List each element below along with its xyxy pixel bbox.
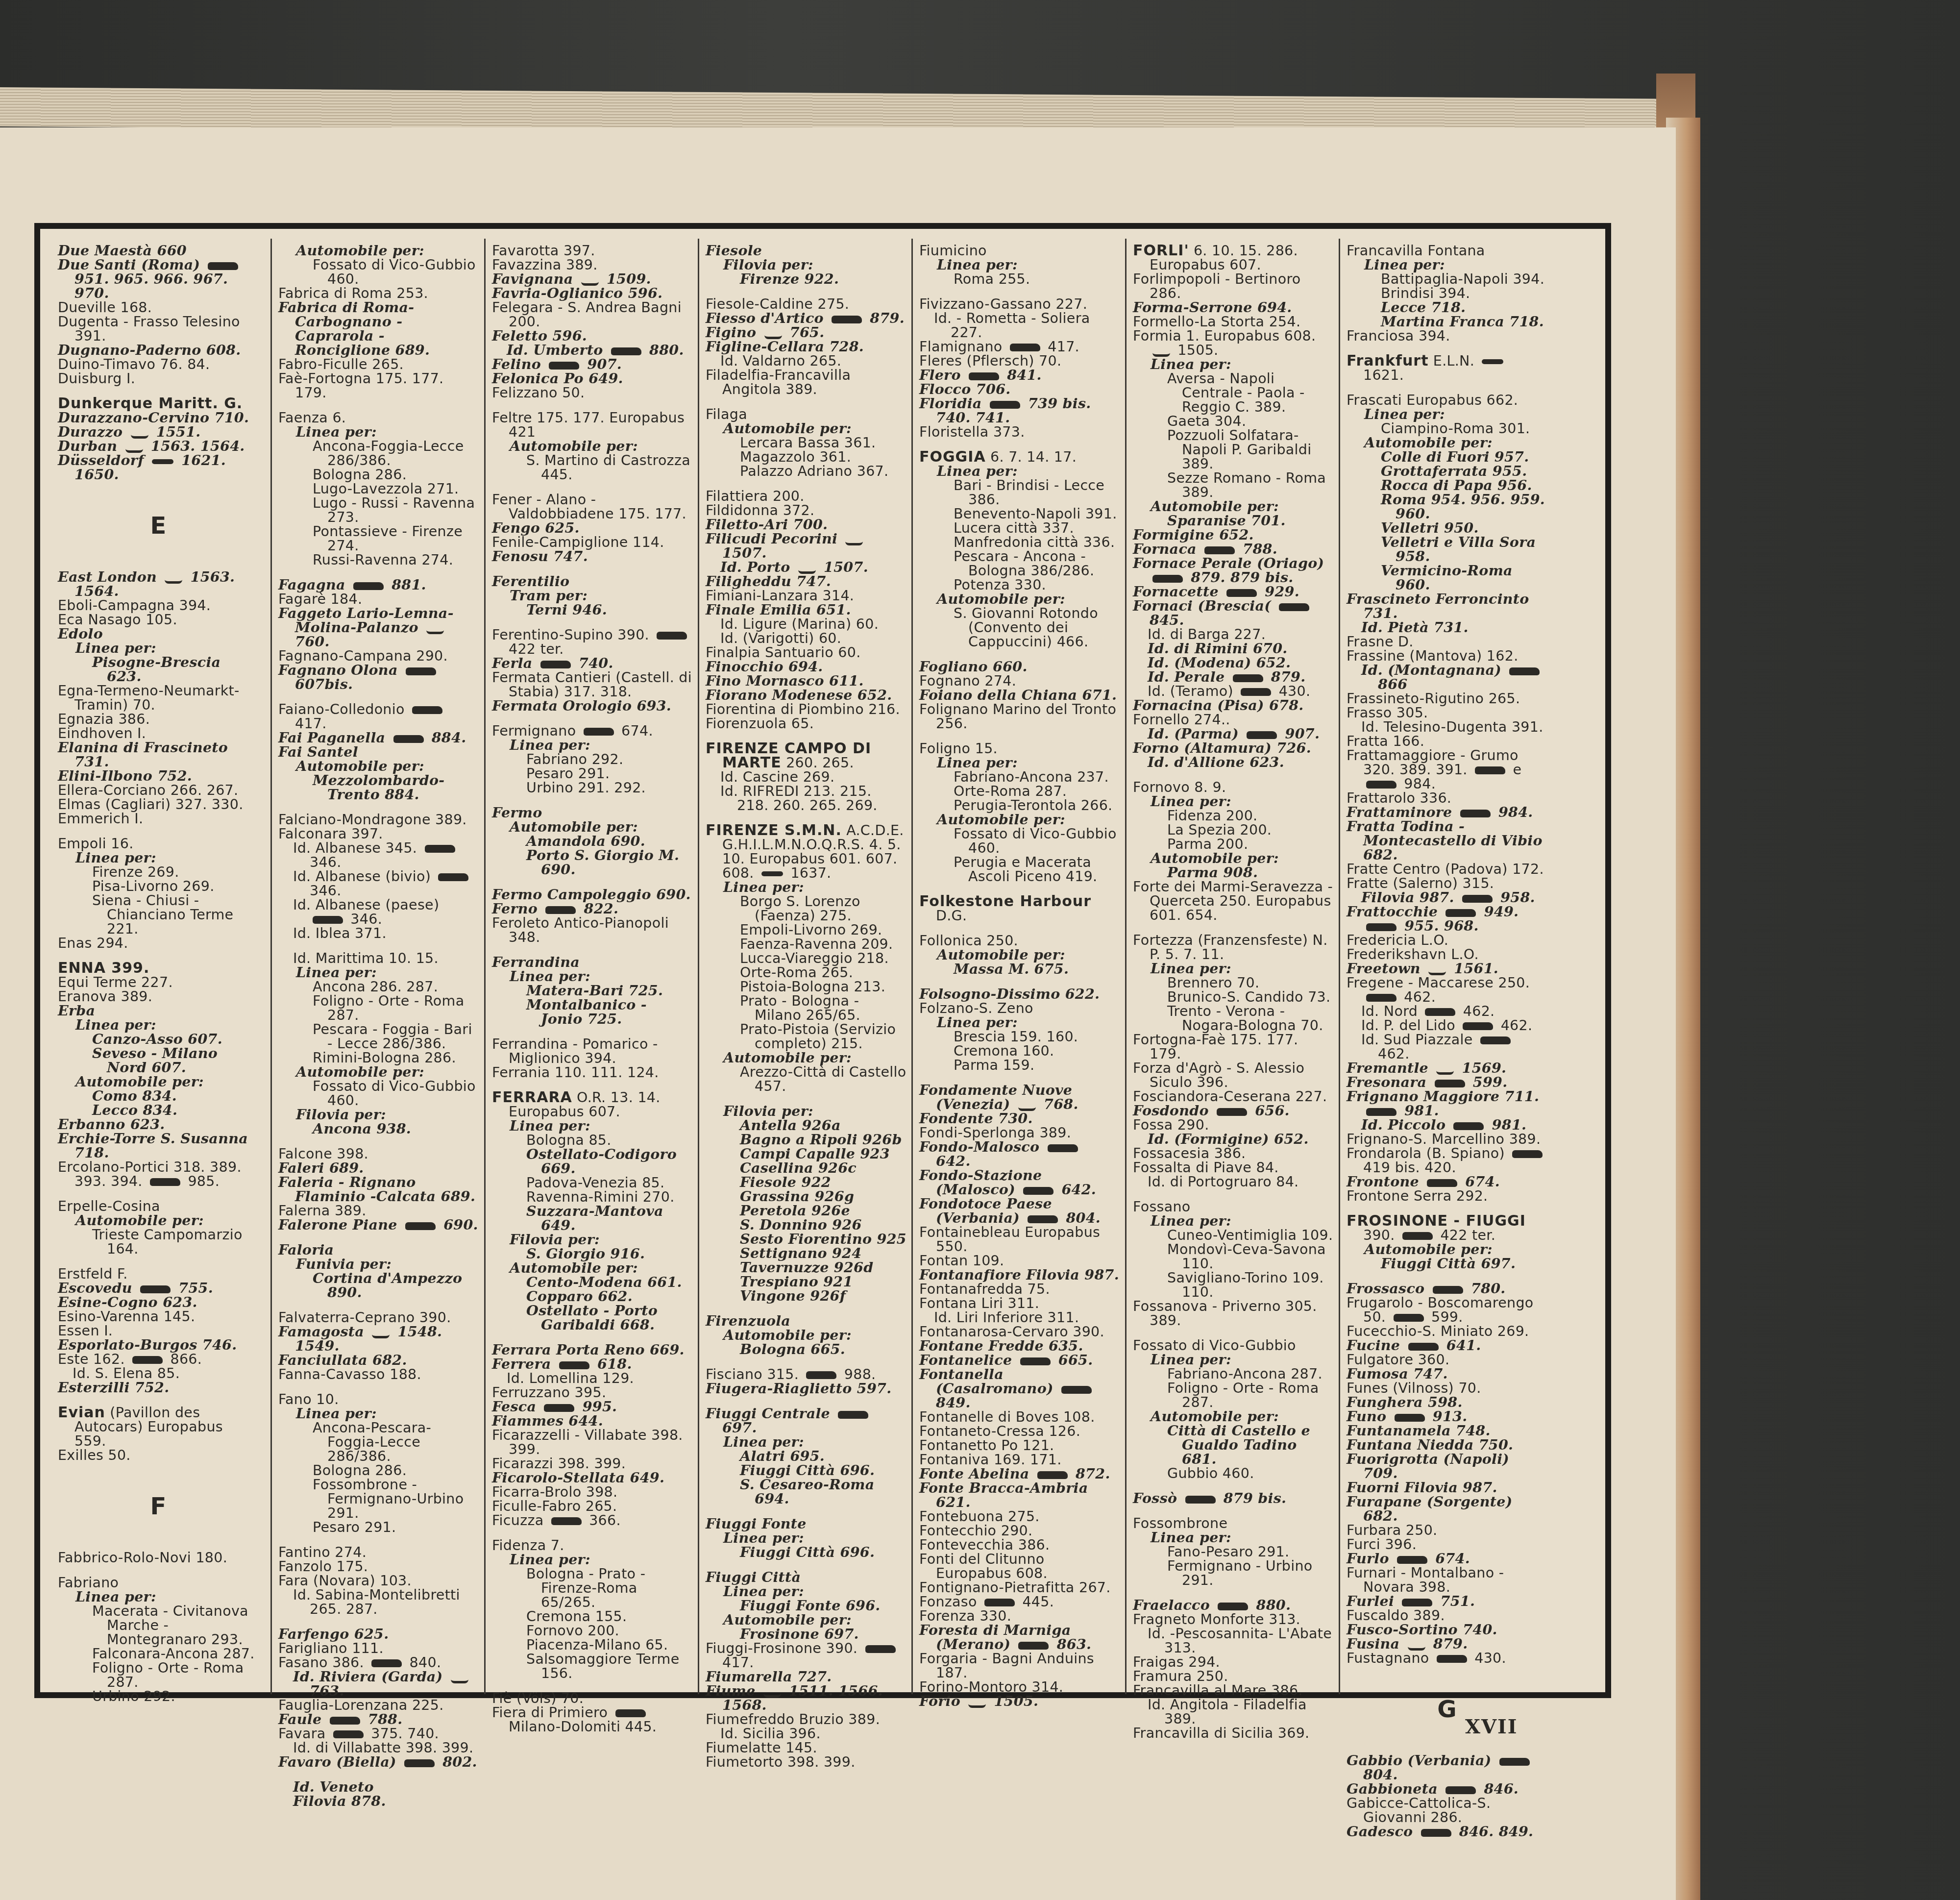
index-entry: Eca Nasago 105. (58, 613, 259, 627)
index-entry: Id. -Pescosannita- L'Abate 313. (1133, 1627, 1334, 1655)
transport-subheading: Automobile per: (492, 820, 693, 834)
index-entry: Forino-Montoro 314. (919, 1680, 1120, 1694)
bus-icon (1061, 1386, 1092, 1394)
index-entry: Erbanno 623. (58, 1117, 259, 1132)
index-entry: Fano 10. (278, 1392, 479, 1406)
destination-entry: Benevento-Napoli 391. (919, 507, 1120, 521)
index-entry: Fontanafredda 75. (919, 1282, 1120, 1296)
index-entry: Gabbioneta 846. (1347, 1782, 1547, 1796)
index-entry: Empoli 16. (58, 837, 259, 851)
bus-icon (1018, 1642, 1049, 1650)
ship-icon (763, 1686, 781, 1698)
destination-entry: S. Cesareo-Roma 694. (706, 1478, 906, 1506)
bus-icon (832, 316, 862, 323)
index-entry: Fustagnano 430. (1347, 1651, 1547, 1665)
bus-icon (1512, 1150, 1543, 1158)
index-entry: Fengo 625. (492, 521, 693, 535)
index-entry: Fontana Liri 311. (919, 1296, 1120, 1310)
index-entry: Id. Veneto (278, 1780, 479, 1794)
bus-icon (393, 735, 424, 743)
station-heading-entry: FERRARA O.R. 13. 14. Europabus 607. (492, 1090, 693, 1119)
index-entry: Falciano-Mondragone 389. (278, 813, 479, 827)
index-entry: Erpelle-Cosina (58, 1199, 259, 1213)
bus-icon (1028, 1215, 1058, 1223)
index-entry: Frignano-S. Marcellino 389. (1347, 1132, 1547, 1146)
plane-icon (1482, 359, 1503, 364)
ship-icon (1436, 1063, 1454, 1075)
index-entry: Fonzaso 445. (919, 1595, 1120, 1609)
destination-entry: Fidenza 200. (1133, 809, 1334, 823)
index-entry: Fesca 995. (492, 1400, 693, 1414)
index-entry: Elini-Ilbono 752. (58, 769, 259, 783)
destination-entry: Vermicino-Roma 960. (1347, 564, 1547, 592)
index-entry: Fiume 1511. 1566. 1568. (706, 1684, 906, 1712)
index-entry: Furbara 250. (1347, 1523, 1547, 1537)
destination-entry: Macerata - Civitanova Marche - Montegran… (58, 1604, 259, 1647)
destination-entry: Fano-Pesaro 291. (1133, 1545, 1334, 1559)
destination-entry: Prato-Pistoia (Servizio completo) 215. (706, 1022, 906, 1051)
index-entry: Franciosa 394. (1347, 329, 1547, 343)
index-entry: Fuorni Filovia 987. (1347, 1481, 1547, 1495)
spacer (1133, 1328, 1334, 1338)
index-entry: Figline-Cellara 728. (706, 340, 906, 354)
destination-entry: Campi Capalle 923 (706, 1147, 906, 1161)
index-entry: Fossò 879 bis. (1133, 1491, 1334, 1505)
index-entry: Frossasco 780. (1347, 1282, 1547, 1296)
bus-icon (1408, 1343, 1439, 1351)
index-entry: Fagarè 184. (278, 592, 479, 606)
index-column-6: FORLI' 6. 10. 15. 286. Europabus 607.For… (1133, 244, 1334, 1740)
index-entry: Fregene - Maccarese 250. 462. (1347, 976, 1547, 1004)
index-entry: Filadelfia-Francavilla Angitola 389. (706, 368, 906, 396)
index-entry: Fiorenzuola 65. (706, 716, 906, 731)
index-entry: Id. (Modena) 652. (1133, 656, 1334, 670)
transport-subheading: Linea per: (706, 1584, 906, 1599)
destination-entry: Brescia 159. 160. (919, 1030, 1120, 1044)
destination-entry: Ancona 286. 287. (278, 980, 479, 994)
index-entry: Fratte Centro (Padova) 172. (1347, 862, 1547, 876)
bus-icon (838, 1411, 868, 1419)
index-entry: Fondo-Stazione (Malosco) 642. (919, 1168, 1120, 1197)
index-entry: Id. Nord 462. (1347, 1004, 1547, 1018)
index-entry: Ferentino-Supino 390. 422 ter. (492, 628, 693, 656)
bus-icon (1395, 1414, 1425, 1422)
spacer (492, 713, 693, 724)
destination-entry: Bagno a Ripoli 926b (706, 1133, 906, 1147)
destination-entry: Potenza 330. (919, 578, 1120, 592)
destination-entry: Ancona-Pescara-Foggia-Lecce 286/386. (278, 1421, 479, 1463)
index-entry: Funtana Niedda 750. (1347, 1438, 1547, 1452)
transport-subheading: Automobile per: (919, 592, 1120, 606)
bus-icon (313, 916, 343, 924)
index-entry: Folignano Marino del Tronto 256. (919, 702, 1120, 731)
index-entry: Ellera-Corciano 266. 267. (58, 783, 259, 797)
bus-icon (1394, 1314, 1424, 1322)
index-entry: Fagnano Olona 607bis. (278, 663, 479, 691)
index-entry: Fleres (Pflersch) 70. (919, 354, 1120, 368)
index-entry: Faleri 689. (278, 1161, 479, 1175)
index-entry: Fossano (1133, 1200, 1334, 1214)
transport-subheading: Linea per: (58, 851, 259, 865)
destination-entry: Brunico-S. Candido 73. (1133, 990, 1334, 1004)
index-entry: Id. di Barga 227. (1133, 627, 1334, 642)
index-entry: Favarotta 397. (492, 244, 693, 258)
transport-subheading: Linea per: (492, 1119, 693, 1133)
destination-entry: Ciampino-Roma 301. (1347, 421, 1547, 436)
index-entry: Fermata Orologio 693. (492, 699, 693, 713)
index-entry: Id. Ligure (Marina) 60. (706, 617, 906, 631)
index-entry: Id. d'Allione 623. (1133, 755, 1334, 769)
station-heading-entry: FOGGIA 6. 7. 14. 17. (919, 450, 1120, 464)
index-entry: Francavilla Fontana (1347, 244, 1547, 258)
bus-icon (1247, 731, 1277, 739)
index-entry: Durban 1563. 1564. (58, 439, 259, 453)
destination-entry: Foligno - Orte - Roma 287. (1133, 1381, 1334, 1409)
index-entry: Ferrania 110. 111. 124. (492, 1065, 693, 1080)
destination-entry: Fossato di Vico-Gubbio 460. (278, 1079, 479, 1108)
index-entry: Egna-Termeno-Neumarkt-Tramin) 70. (58, 684, 259, 712)
destination-entry: Pesaro 291. (278, 1520, 479, 1534)
index-entry: Id. Porto 1507. (706, 560, 906, 574)
spacer (706, 286, 906, 297)
index-entry: Falcone 398. (278, 1147, 479, 1161)
spacer (919, 286, 1120, 297)
index-entry: Fiuggi-Frosinone 390. 417. (706, 1641, 906, 1670)
index-entry: Feltre 175. 177. Europabus 421 (492, 411, 693, 439)
index-entry: Id. (Teramo) 430. (1133, 684, 1334, 698)
destination-entry: Urbino 291. 292. (492, 781, 693, 795)
destination-entry: Antella 926a (706, 1118, 906, 1133)
bus-icon (657, 632, 687, 640)
index-entry: Falvaterra-Ceprano 390. (278, 1310, 479, 1325)
destination-entry: Fiuggi Città 696. (706, 1545, 906, 1559)
index-entry: Fermignano 674. (492, 724, 693, 738)
destination-entry: Fiuggi Fonte 696. (706, 1599, 906, 1613)
bus-icon (1463, 1022, 1493, 1030)
destination-entry: Brennero 70. (1133, 976, 1334, 990)
index-entry: Fiuggi Fonte (706, 1517, 906, 1531)
index-entry: Fortogna-Faè 175. 177. 179. (1133, 1033, 1334, 1061)
destination-entry: Cremona 160. (919, 1044, 1120, 1058)
spacer (58, 826, 259, 837)
destination-entry: Battipaglia-Napoli 394. (1347, 272, 1547, 286)
index-entry: Fosciandora-Ceserana 227. (1133, 1089, 1334, 1104)
index-entry: Fossacesia 386. (1133, 1146, 1334, 1160)
destination-entry: Pesaro 291. (492, 766, 693, 781)
index-entry: Fermo Campoleggio 690. (492, 888, 693, 902)
spacer (58, 1188, 259, 1199)
bus-icon (584, 728, 614, 736)
index-entry: Fontanelice 665. (919, 1353, 1120, 1367)
destination-entry: Porto S. Giorgio M. 690. (492, 848, 693, 877)
index-entry: Enas 294. (58, 936, 259, 950)
index-entry: Farfengo 625. (278, 1627, 479, 1641)
index-entry: Frugarolo - Boscomarengo 50. 599. (1347, 1296, 1547, 1324)
destination-entry: Canzo-Asso 607. (58, 1032, 259, 1046)
bus-icon (1185, 1496, 1216, 1504)
index-entry: Framura 250. (1133, 1669, 1334, 1683)
index-entry: Gabbio (Verbania) 804. (1347, 1753, 1547, 1782)
index-entry: Folzano-S. Zeno (919, 1001, 1120, 1015)
destination-entry: Rocca di Papa 956. (1347, 478, 1547, 493)
destination-entry: Lecco 834. (58, 1103, 259, 1117)
ship-icon (764, 328, 782, 339)
ship-icon (968, 1697, 986, 1708)
station-heading-entry: FIRENZE CAMPO DI MARTE 260. 265. (706, 741, 906, 770)
index-entry: Faloria (278, 1243, 479, 1257)
index-entry: Fratta Todina - Montecastello di Vibio 6… (1347, 819, 1547, 862)
destination-entry: Palazzo Adriano 367. (706, 464, 906, 478)
index-entry: Fiuggi Centrale 697. (706, 1406, 906, 1435)
index-entry: Fenile-Campiglione 114. (492, 535, 693, 549)
index-entry: Fantino 274. (278, 1545, 479, 1559)
destination-entry: Mondovì-Ceva-Savona 110. (1133, 1242, 1334, 1271)
transport-subheading: Linea per: (1347, 258, 1547, 272)
index-entry: Fontaniva 169. 171. (919, 1453, 1120, 1467)
bus-icon (1010, 344, 1040, 351)
index-entry: Id. Sicilia 396. (706, 1727, 906, 1741)
index-entry: Falerone Piane 690. (278, 1218, 479, 1232)
index-entry: Eboli-Campagna 394. (58, 598, 259, 613)
destination-entry: Cento-Modena 661. (492, 1275, 693, 1289)
transport-subheading: Linea per: (919, 756, 1120, 770)
index-entry: Filaga (706, 407, 906, 421)
index-entry: Felizzano 50. (492, 386, 693, 400)
bus-icon (969, 372, 999, 380)
destination-entry: Pisa-Livorno 269. (58, 879, 259, 893)
index-entry: Id. Albanese 345. 346. (278, 841, 479, 869)
index-entry: Faleria - Rignano Flaminio -Calcata 689. (278, 1175, 479, 1204)
ship-icon (131, 427, 148, 439)
bus-icon (990, 401, 1020, 409)
destination-entry: Siena - Chiusi - Chianciano Terme 221. (58, 893, 259, 936)
index-entry: Falconara 397. (278, 827, 479, 841)
index-entry: Eindhoven I. (58, 726, 259, 740)
index-entry: Fondente 730. (919, 1111, 1120, 1126)
bus-icon (1366, 923, 1396, 931)
destination-entry: Pescara - Ancona - Bologna 386/286. (919, 549, 1120, 578)
bus-icon (611, 347, 641, 355)
destination-entry: Terni 946. (492, 603, 693, 617)
destination-entry: La Spezia 200. (1133, 823, 1334, 837)
index-entry: Id. (Parma) 907. (1133, 727, 1334, 741)
destination-entry: Trieste Campomarzio 164. (58, 1228, 259, 1256)
index-entry: Flocco 706. (919, 382, 1120, 396)
index-entry: Id. Pietà 731. (1347, 620, 1547, 635)
transport-subheading: Funivia per: (278, 1257, 479, 1271)
ship-icon (798, 563, 816, 574)
index-entry: Fornovo 8. 9. (1133, 780, 1334, 794)
destination-entry: Falconara-Ancona 287. (58, 1647, 259, 1661)
index-entry: Formigine 652. (1133, 528, 1334, 542)
index-entry: Fondo-Malosco 642. (919, 1140, 1120, 1168)
destination-entry: Ostellato-Codigoro 669. (492, 1147, 693, 1176)
destination-entry: Parma 200. (1133, 837, 1334, 851)
spacer (1133, 769, 1334, 780)
index-entry: Fornello 274.. (1133, 713, 1334, 727)
spacer (492, 1528, 693, 1538)
index-entry: Düsseldorf 1621. 1650. (58, 453, 259, 482)
destination-entry: Lucera città 337. (919, 521, 1120, 535)
destination-entry: Frosinone 697. (706, 1627, 906, 1641)
index-entry: Filovia 987. 958. (1347, 890, 1547, 905)
bus-icon (132, 1356, 163, 1364)
index-entry: Freetown 1561. (1347, 962, 1547, 976)
destination-entry: Fiuggi Città 697. (1347, 1257, 1547, 1271)
index-entry: Fuscaldo 389. (1347, 1608, 1547, 1623)
index-entry: Duisburg I. (58, 371, 259, 386)
index-entry: Fulgatore 360. (1347, 1353, 1547, 1367)
index-entry: Fabrica di Roma 253. (278, 286, 479, 300)
index-entry: Fossa 290. (1133, 1118, 1334, 1132)
index-entry: Frondarola (B. Spiano) 419 bis. 420. (1347, 1146, 1547, 1175)
index-entry: Forza d'Agrò - S. Alessio Siculo 396. (1133, 1061, 1334, 1089)
station-heading-entry: Dunkerque Maritt. G. (58, 396, 259, 411)
index-entry: Id. Riviera (Garda) 763. (278, 1670, 479, 1698)
transport-subheading: Linea per: (492, 1553, 693, 1567)
index-entry: Fondotoce Paese (Verbania) 804. (919, 1197, 1120, 1225)
index-entry: Foligno 15. (919, 741, 1120, 756)
index-entry: Fabriano (58, 1576, 259, 1590)
index-entry: Favaro (Biella) 802. (278, 1755, 479, 1769)
index-entry: East London 1563. 1564. (58, 570, 259, 598)
index-entry: Id. (Varigotti) 60. (706, 631, 906, 645)
index-entry: Fiesso d'Artico 879. (706, 311, 906, 325)
index-entry: Fontan 109. (919, 1254, 1120, 1268)
index-entry: Fabbrico-Rolo-Novi 180. (58, 1551, 259, 1565)
transport-subheading: Filovia per: (706, 1104, 906, 1118)
index-entry: Fenosu 747. (492, 549, 693, 564)
transport-subheading: Automobile per: (706, 1613, 906, 1627)
ship-icon (372, 1327, 390, 1338)
index-entry: Frassineto-Rigutino 265. (1347, 691, 1547, 706)
index-entry: Erba (58, 1004, 259, 1018)
index-entry: Fabro-Ficulle 265. (278, 357, 479, 371)
transport-subheading: Filovia per: (278, 1108, 479, 1122)
destination-entry: Magazzolo 361. (706, 450, 906, 464)
spacer (706, 1357, 906, 1367)
ship-icon (165, 572, 182, 584)
bus-icon (1366, 1108, 1396, 1116)
index-entry: Fontecchio 290. (919, 1524, 1120, 1538)
index-entry: Ficulle-Fabro 265. (492, 1499, 693, 1513)
spacer (492, 400, 693, 411)
index-entry: Fontanafiore Filovia 987. (919, 1268, 1120, 1282)
destination-entry: Faenza-Ravenna 209. (706, 937, 906, 951)
bus-icon (1460, 810, 1491, 817)
index-entry: Fanna-Cavasso 188. (278, 1367, 479, 1382)
index-entry: Faiano-Colledonio 417. (278, 702, 479, 731)
index-entry: Fiumefreddo Bruzio 389. (706, 1712, 906, 1727)
column-divider (1339, 239, 1340, 1694)
index-entry: Gabicce-Cattolica-S. Giovanni 286. (1347, 1796, 1547, 1825)
bus-icon (1453, 1122, 1484, 1130)
index-entry: Erchie-Torre S. Susanna 718. (58, 1132, 259, 1160)
transport-subheading: Automobile per: (706, 421, 906, 436)
destination-entry: Prato - Bologna - Milano 265/65. (706, 994, 906, 1022)
index-entry: Esine-Cogno 623. (58, 1295, 259, 1309)
ship-icon (1408, 1639, 1425, 1651)
index-entry: Id. Marittima 10. 15. (278, 951, 479, 965)
destination-entry: Fossato di Vico-Gubbio 460. (278, 258, 479, 286)
destination-entry: Rimini-Bologna 286. (278, 1051, 479, 1065)
index-entry: Foresta di Marniga (Merano) 863. (919, 1623, 1120, 1652)
index-entry: Ficuzza 366. (492, 1513, 693, 1528)
destination-entry: Vingone 926f (706, 1289, 906, 1303)
bus-icon (1366, 781, 1396, 789)
index-entry: Fiesole-Caldine 275. (706, 297, 906, 311)
spacer (492, 1026, 693, 1037)
bus-icon (405, 1222, 436, 1230)
index-entry: Dueville 168. (58, 300, 259, 315)
index-entry: Ferrandina - Pomarico - Miglionico 394. (492, 1037, 693, 1065)
column-divider (698, 239, 699, 1694)
transport-subheading: Automobile per: (1133, 1409, 1334, 1424)
index-entry: Fildidonna 372. (706, 503, 906, 518)
index-entry: Francavilla al Mare 386. (1133, 1683, 1334, 1698)
bus-icon (1241, 688, 1271, 696)
bus-icon (1226, 589, 1257, 597)
index-entry: Furci 396. (1347, 1537, 1547, 1552)
index-entry: Funtanamela 748. (1347, 1424, 1547, 1438)
transport-subheading: Automobile per: (919, 813, 1120, 827)
transport-subheading: Linea per: (278, 965, 479, 980)
bus-icon (1037, 1471, 1068, 1479)
transport-subheading: Automobile per: (492, 439, 693, 453)
index-entry: Fossato di Vico-Gubbio (1133, 1338, 1334, 1353)
station-name: FROSINONE - FIUGGI (1347, 1212, 1526, 1230)
destination-entry: Copparo 662. (492, 1289, 693, 1304)
index-entry: Funo 913. (1347, 1409, 1547, 1424)
index-entry: Id. di Rimini 670. (1133, 642, 1334, 656)
bus-icon (1397, 1556, 1427, 1564)
index-entry: Id. - Rometta - Soliera 227. (919, 311, 1120, 340)
index-entry: Id. Albanese (bivio) 346. (278, 869, 479, 898)
index-entry: Id. Valdarno 265. (706, 354, 906, 368)
index-entry: Forte dei Marmi-Seravezza -Querceta 250.… (1133, 880, 1334, 922)
bus-icon (984, 1599, 1015, 1606)
index-column-7: Francavilla FontanaLinea per:Battipaglia… (1347, 244, 1547, 1839)
destination-entry: S. Donnino 926 (706, 1218, 906, 1232)
index-entry: Fraelacco 880. (1133, 1598, 1334, 1612)
index-entry: Id. (Formigine) 652. (1133, 1132, 1334, 1146)
spacer (1133, 922, 1334, 933)
destination-entry: Pozzuoli Solfatara-Napoli P. Garibaldi 3… (1133, 428, 1334, 471)
bus-icon (1445, 1786, 1476, 1794)
bus-icon (615, 1709, 646, 1717)
bus-icon (371, 1659, 402, 1667)
index-entry: Due Maestà 660 (58, 244, 259, 258)
bus-icon (1366, 994, 1396, 1002)
index-column-3: Favarotta 397.Favazzina 389.Favignana 15… (492, 244, 693, 1734)
index-entry: Fontainebleau Europabus 550. (919, 1225, 1120, 1254)
station-name: FIRENZE S.M.N. (706, 822, 842, 839)
station-name: Frankfurt (1347, 352, 1428, 370)
index-entry: Id. S. Elena 85. (58, 1366, 259, 1381)
spacer (278, 1136, 479, 1147)
index-entry: Fiè (Völs) 70. (492, 1691, 693, 1705)
station-name: Folkestone Harbour (919, 893, 1091, 910)
station-heading-entry: Frankfurt E.L.N. 1621. (1347, 354, 1547, 382)
transport-subheading: Linea per: (1133, 357, 1334, 371)
bus-icon (1402, 1232, 1433, 1240)
destination-entry: Seveso - Milano Nord 607. (58, 1046, 259, 1075)
index-entry: Fratta 166. (1347, 734, 1547, 748)
index-entry: Felegara - S. Andrea Bagni 200. (492, 300, 693, 329)
index-entry: Ercolano-Portici 318. 389. 393. 394. 985… (58, 1160, 259, 1188)
index-entry: Furlei 751. (1347, 1594, 1547, 1608)
transport-subheading: Linea per: (58, 1018, 259, 1032)
